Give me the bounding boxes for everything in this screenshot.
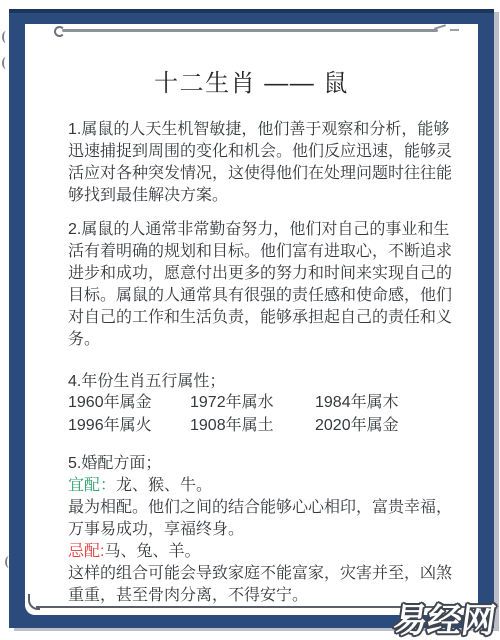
year-element-cell: 1996年属火	[68, 416, 190, 436]
year-element-cell: 1972年属水	[190, 393, 315, 413]
zodiac-rat-card: 十二生肖 —— 鼠 1.属鼠的人天生机智敏捷，他们善于观察和分析，能够 迅速捕捉…	[0, 0, 500, 640]
year-element-cell: 1908年属土	[190, 416, 315, 436]
five-elements-heading: 4.年份生肖五行属性；	[68, 371, 476, 393]
marriage-heading: 5.婚配方面；	[68, 453, 476, 475]
good-match-partners: 龙、猴、牛。	[116, 477, 212, 494]
bad-match-label: 忌配:	[68, 543, 104, 560]
bad-match-line: 忌配:马、兔、羊。	[68, 541, 476, 563]
intro-paragraph-2: 2.属鼠的人通常非常勤奋努力，他们对自己的事业和生 活有着明确的规划和目标。他们…	[68, 219, 476, 351]
good-match-desc: 最为相配。他们之间的结合能够心心相印，富贵幸福， 万事易成功，享福终身。	[68, 497, 476, 541]
good-match-line: 宜配：龙、猴、牛。	[68, 475, 476, 497]
intro-paragraph-1: 1.属鼠的人天生机智敏捷，他们善于观察和分析，能够 迅速捕捉到周围的变化和机会。…	[68, 119, 476, 207]
year-element-cell: 1984年属木	[315, 393, 476, 413]
page-title: 十二生肖 —— 鼠	[25, 69, 478, 99]
year-element-cell: 1960年属金	[68, 393, 190, 413]
page-content: 十二生肖 —— 鼠 1.属鼠的人天生机智敏捷，他们善于观察和分析，能够 迅速捕捉…	[0, 0, 500, 640]
year-element-cell: 2020年属金	[315, 416, 476, 436]
marriage-section: 5.婚配方面； 宜配：龙、猴、牛。 最为相配。他们之间的结合能够心心相印，富贵幸…	[68, 453, 476, 607]
five-elements-grid: 1960年属金 1972年属水 1984年属木 1996年属火 1908年属土 …	[68, 393, 476, 436]
five-elements-section: 4.年份生肖五行属性； 1960年属金 1972年属水 1984年属木 1996…	[68, 371, 476, 436]
bad-match-partners: 马、兔、羊。	[104, 543, 200, 560]
good-match-label: 宜配：	[68, 477, 116, 494]
watermark-site-logo: 易经网	[391, 593, 500, 640]
